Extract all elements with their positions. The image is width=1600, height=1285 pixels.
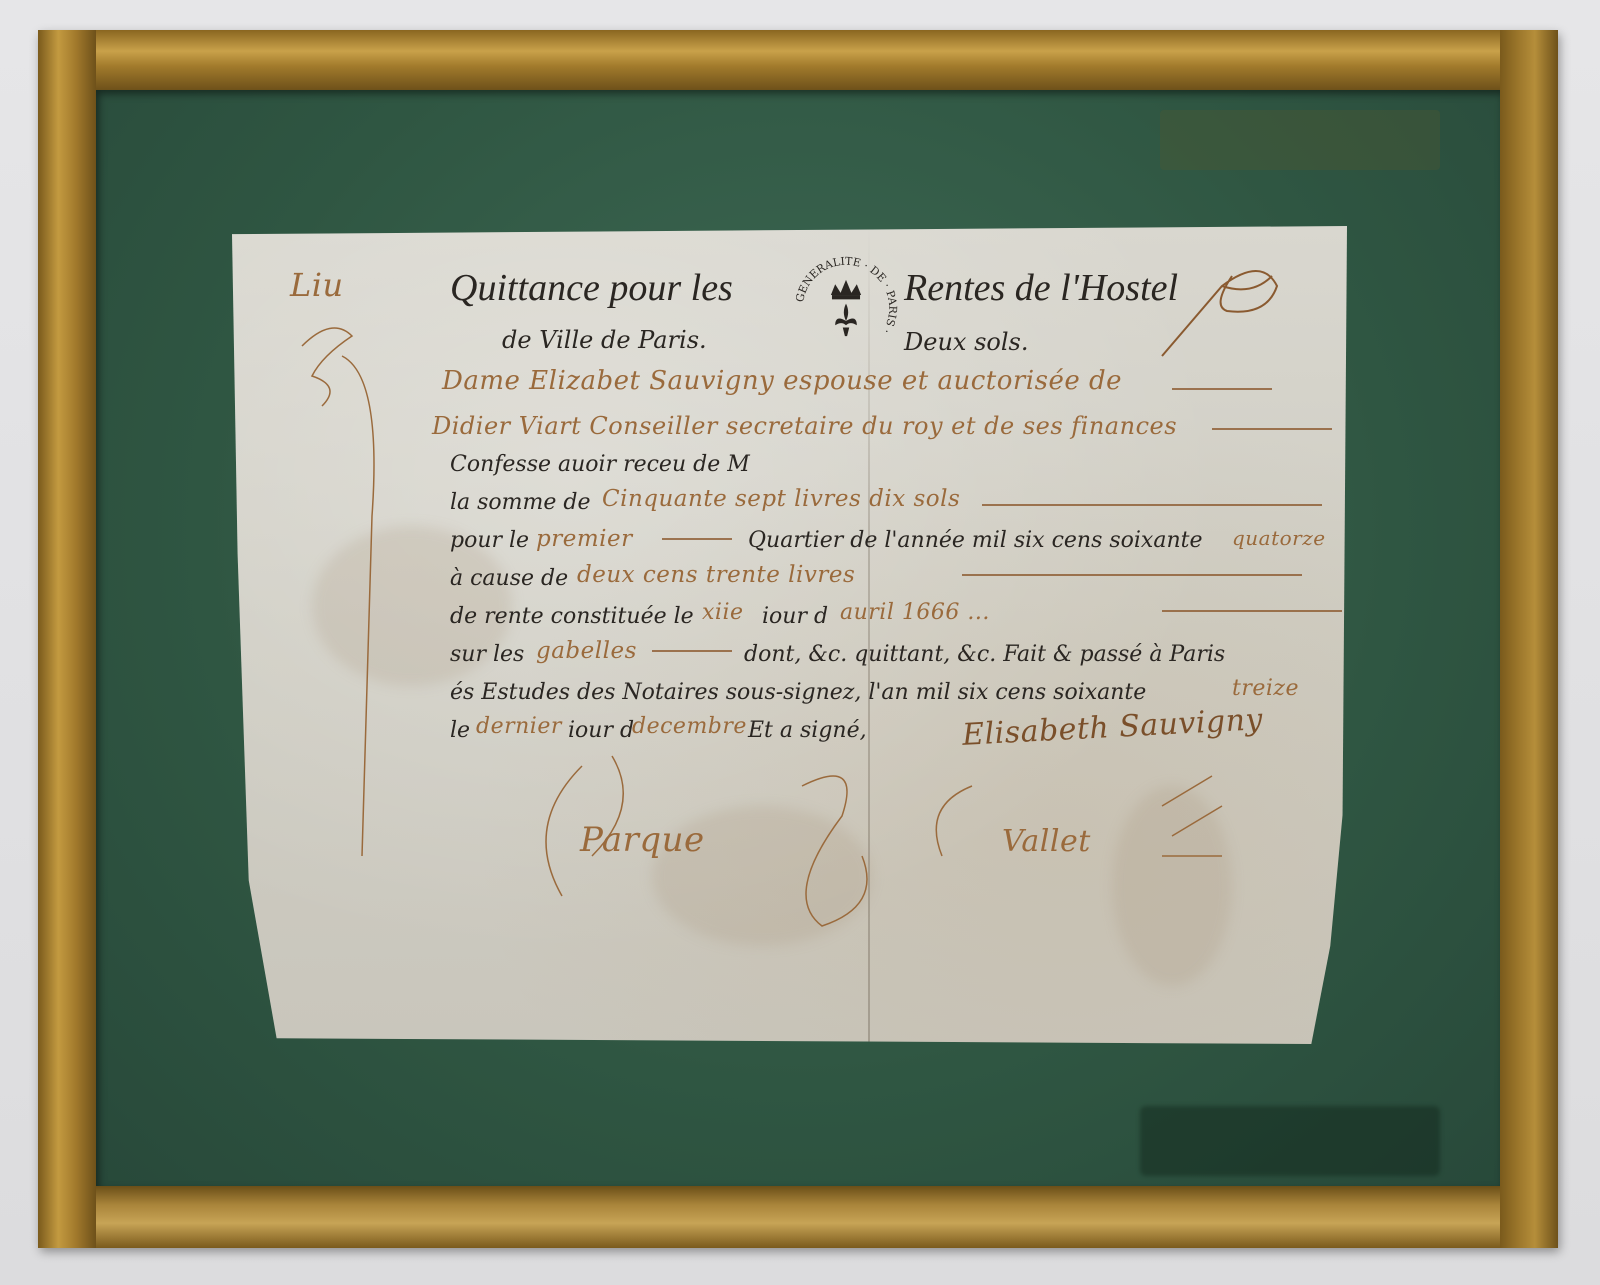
body-line-2-hand: Cinquante sept livres dix sols	[602, 486, 960, 512]
fill-rule	[1172, 388, 1272, 390]
generalite-seal: GENERALITE · DE · PARIS ·	[792, 254, 900, 362]
fill-rule	[1162, 610, 1342, 612]
body-line-8-print: le	[450, 718, 470, 743]
frame-bottom-molding	[38, 1186, 1558, 1248]
document-title-right: Rentes de l'Hostel	[904, 266, 1178, 310]
crown-fleur-de-lis-icon: GENERALITE · DE · PARIS ·	[792, 254, 900, 362]
document-subtitle: de Ville de Paris.	[502, 326, 707, 354]
body-line-3-print: pour le	[450, 528, 529, 553]
fill-rule	[652, 650, 732, 652]
body-line-3-hand-after: quatorze	[1232, 526, 1326, 550]
parchment-document: Liu Quittance pour les Rentes de l'Hoste…	[232, 226, 1347, 1044]
body-line-6-print: sur les	[450, 642, 524, 667]
body-line-1: Confesse auoir receu de M	[450, 452, 750, 477]
fill-rule	[1212, 428, 1332, 430]
fill-rule	[962, 574, 1302, 576]
body-line-8-hand-after: decembre	[632, 714, 747, 739]
body-line-4-hand: deux cens trente livres	[577, 562, 855, 588]
body-line-3-hand: premier	[536, 526, 633, 552]
body-line-5-hand-after: auril 1666 ...	[840, 600, 990, 625]
handwritten-line-2: Didier Viart Conseiller secretaire du ro…	[432, 412, 1177, 440]
frame-left-molding	[38, 30, 96, 1248]
document-title: Quittance pour les	[450, 266, 733, 310]
frame-top-molding	[38, 30, 1558, 90]
body-line-3-print-after: Quartier de l'année mil six cens soixant…	[748, 528, 1202, 553]
body-line-5-print: de rente constituée le	[450, 604, 694, 629]
margin-flourish	[292, 316, 392, 876]
body-line-5-print-after: iour d	[762, 604, 828, 629]
body-line-7-hand: treize	[1232, 676, 1299, 701]
body-line-4-print: à cause de	[450, 566, 568, 591]
signature-flourishes	[522, 746, 1242, 946]
body-line-6-print-after: dont, &c. quittant, &c. Fait & passé à P…	[744, 642, 1225, 667]
stamp-duty: Deux sols.	[904, 328, 1028, 356]
body-line-8-hand: dernier	[476, 714, 562, 739]
mat-discoloration-top	[1160, 110, 1440, 170]
margin-note: Liu	[290, 266, 344, 304]
body-line-8-print-end: Et a signé,	[748, 718, 867, 743]
body-line-6-hand: gabelles	[536, 638, 637, 664]
body-line-8-print-after: iour d	[568, 718, 634, 743]
fill-rule	[982, 504, 1322, 506]
body-line-5-hand: xiie	[702, 600, 744, 625]
flourish-mark	[1152, 256, 1292, 366]
mat-discoloration-bottom	[1140, 1106, 1440, 1176]
body-line-2-print: la somme de	[450, 490, 591, 515]
body-line-7-print: és Estudes des Notaires sous-signez, l'a…	[450, 680, 1146, 705]
handwritten-line-1: Dame Elizabet Sauvigny espouse et auctor…	[442, 366, 1122, 396]
fill-rule	[662, 538, 732, 540]
frame-right-molding	[1500, 30, 1558, 1248]
